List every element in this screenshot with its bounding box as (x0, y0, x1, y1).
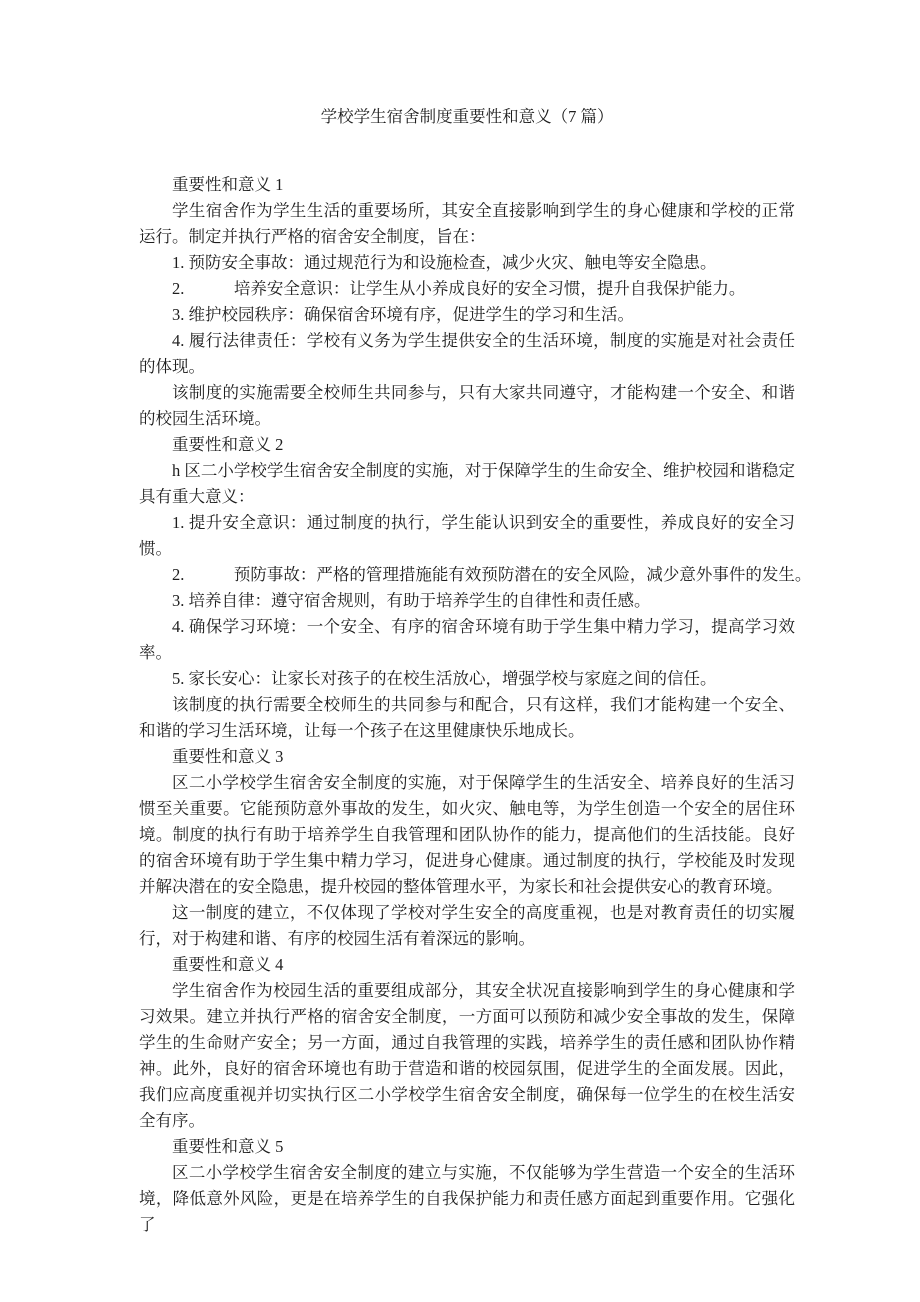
document-body: 重要性和意义 1学生宿舍作为学生生活的重要场所，其安全直接影响到学生的身心健康和… (139, 172, 795, 1238)
paragraph: h 区二小学校学生宿舍安全制度的实施，对于保障学生的生命安全、维护校园和谐稳定具… (139, 458, 795, 510)
paragraph: 该制度的执行需要全校师生的共同参与和配合，只有这样，我们才能构建一个安全、和谐的… (139, 692, 795, 744)
paragraph: 学生宿舍作为校园生活的重要组成部分，其安全状况直接影响到学生的身心健康和学习效果… (139, 978, 795, 1134)
paragraph: 2. 预防事故：严格的管理措施能有效预防潜在的安全风险，减少意外事件的发生。 (139, 562, 795, 588)
paragraph: 5. 家长安心：让家长对孩子的在校生活放心，增强学校与家庭之间的信任。 (139, 666, 795, 692)
paragraph: 1. 提升安全意识：通过制度的执行，学生能认识到安全的重要性，养成良好的安全习惯… (139, 510, 795, 562)
section-heading-3: 重要性和意义 3 (139, 744, 795, 770)
paragraph: 3. 培养自律：遵守宿舍规则，有助于培养学生的自律性和责任感。 (139, 588, 795, 614)
paragraph: 2. 培养安全意识：让学生从小养成良好的安全习惯，提升自我保护能力。 (139, 276, 795, 302)
paragraph: 该制度的实施需要全校师生共同参与，只有大家共同遵守，才能构建一个安全、和谐的校园… (139, 380, 795, 432)
paragraph: 区二小学校学生宿舍安全制度的建立与实施，不仅能够为学生营造一个安全的生活环境，降… (139, 1160, 795, 1238)
document-title: 学校学生宿舍制度重要性和意义（7 篇） (139, 104, 795, 130)
paragraph: 4. 履行法律责任：学校有义务为学生提供安全的生活环境，制度的实施是对社会责任的… (139, 328, 795, 380)
paragraph: 3. 维护校园秩序：确保宿舍环境有序，促进学生的学习和生活。 (139, 302, 795, 328)
document-content: 学校学生宿舍制度重要性和意义（7 篇） 重要性和意义 1学生宿舍作为学生生活的重… (139, 104, 795, 1238)
document-page: 学校学生宿舍制度重要性和意义（7 篇） 重要性和意义 1学生宿舍作为学生生活的重… (0, 0, 920, 1302)
paragraph: 4. 确保学习环境：一个安全、有序的宿舍环境有助于学生集中精力学习，提高学习效率… (139, 614, 795, 666)
section-heading-4: 重要性和意义 4 (139, 952, 795, 978)
section-heading-5: 重要性和意义 5 (139, 1134, 795, 1160)
paragraph: 区二小学校学生宿舍安全制度的实施，对于保障学生的生活安全、培养良好的生活习惯至关… (139, 770, 795, 900)
paragraph: 1. 预防安全事故：通过规范行为和设施检查，减少火灾、触电等安全隐患。 (139, 250, 795, 276)
paragraph: 学生宿舍作为学生生活的重要场所，其安全直接影响到学生的身心健康和学校的正常运行。… (139, 198, 795, 250)
paragraph: 这一制度的建立，不仅体现了学校对学生安全的高度重视，也是对教育责任的切实履行，对… (139, 900, 795, 952)
section-heading-2: 重要性和意义 2 (139, 432, 795, 458)
section-heading-1: 重要性和意义 1 (139, 172, 795, 198)
